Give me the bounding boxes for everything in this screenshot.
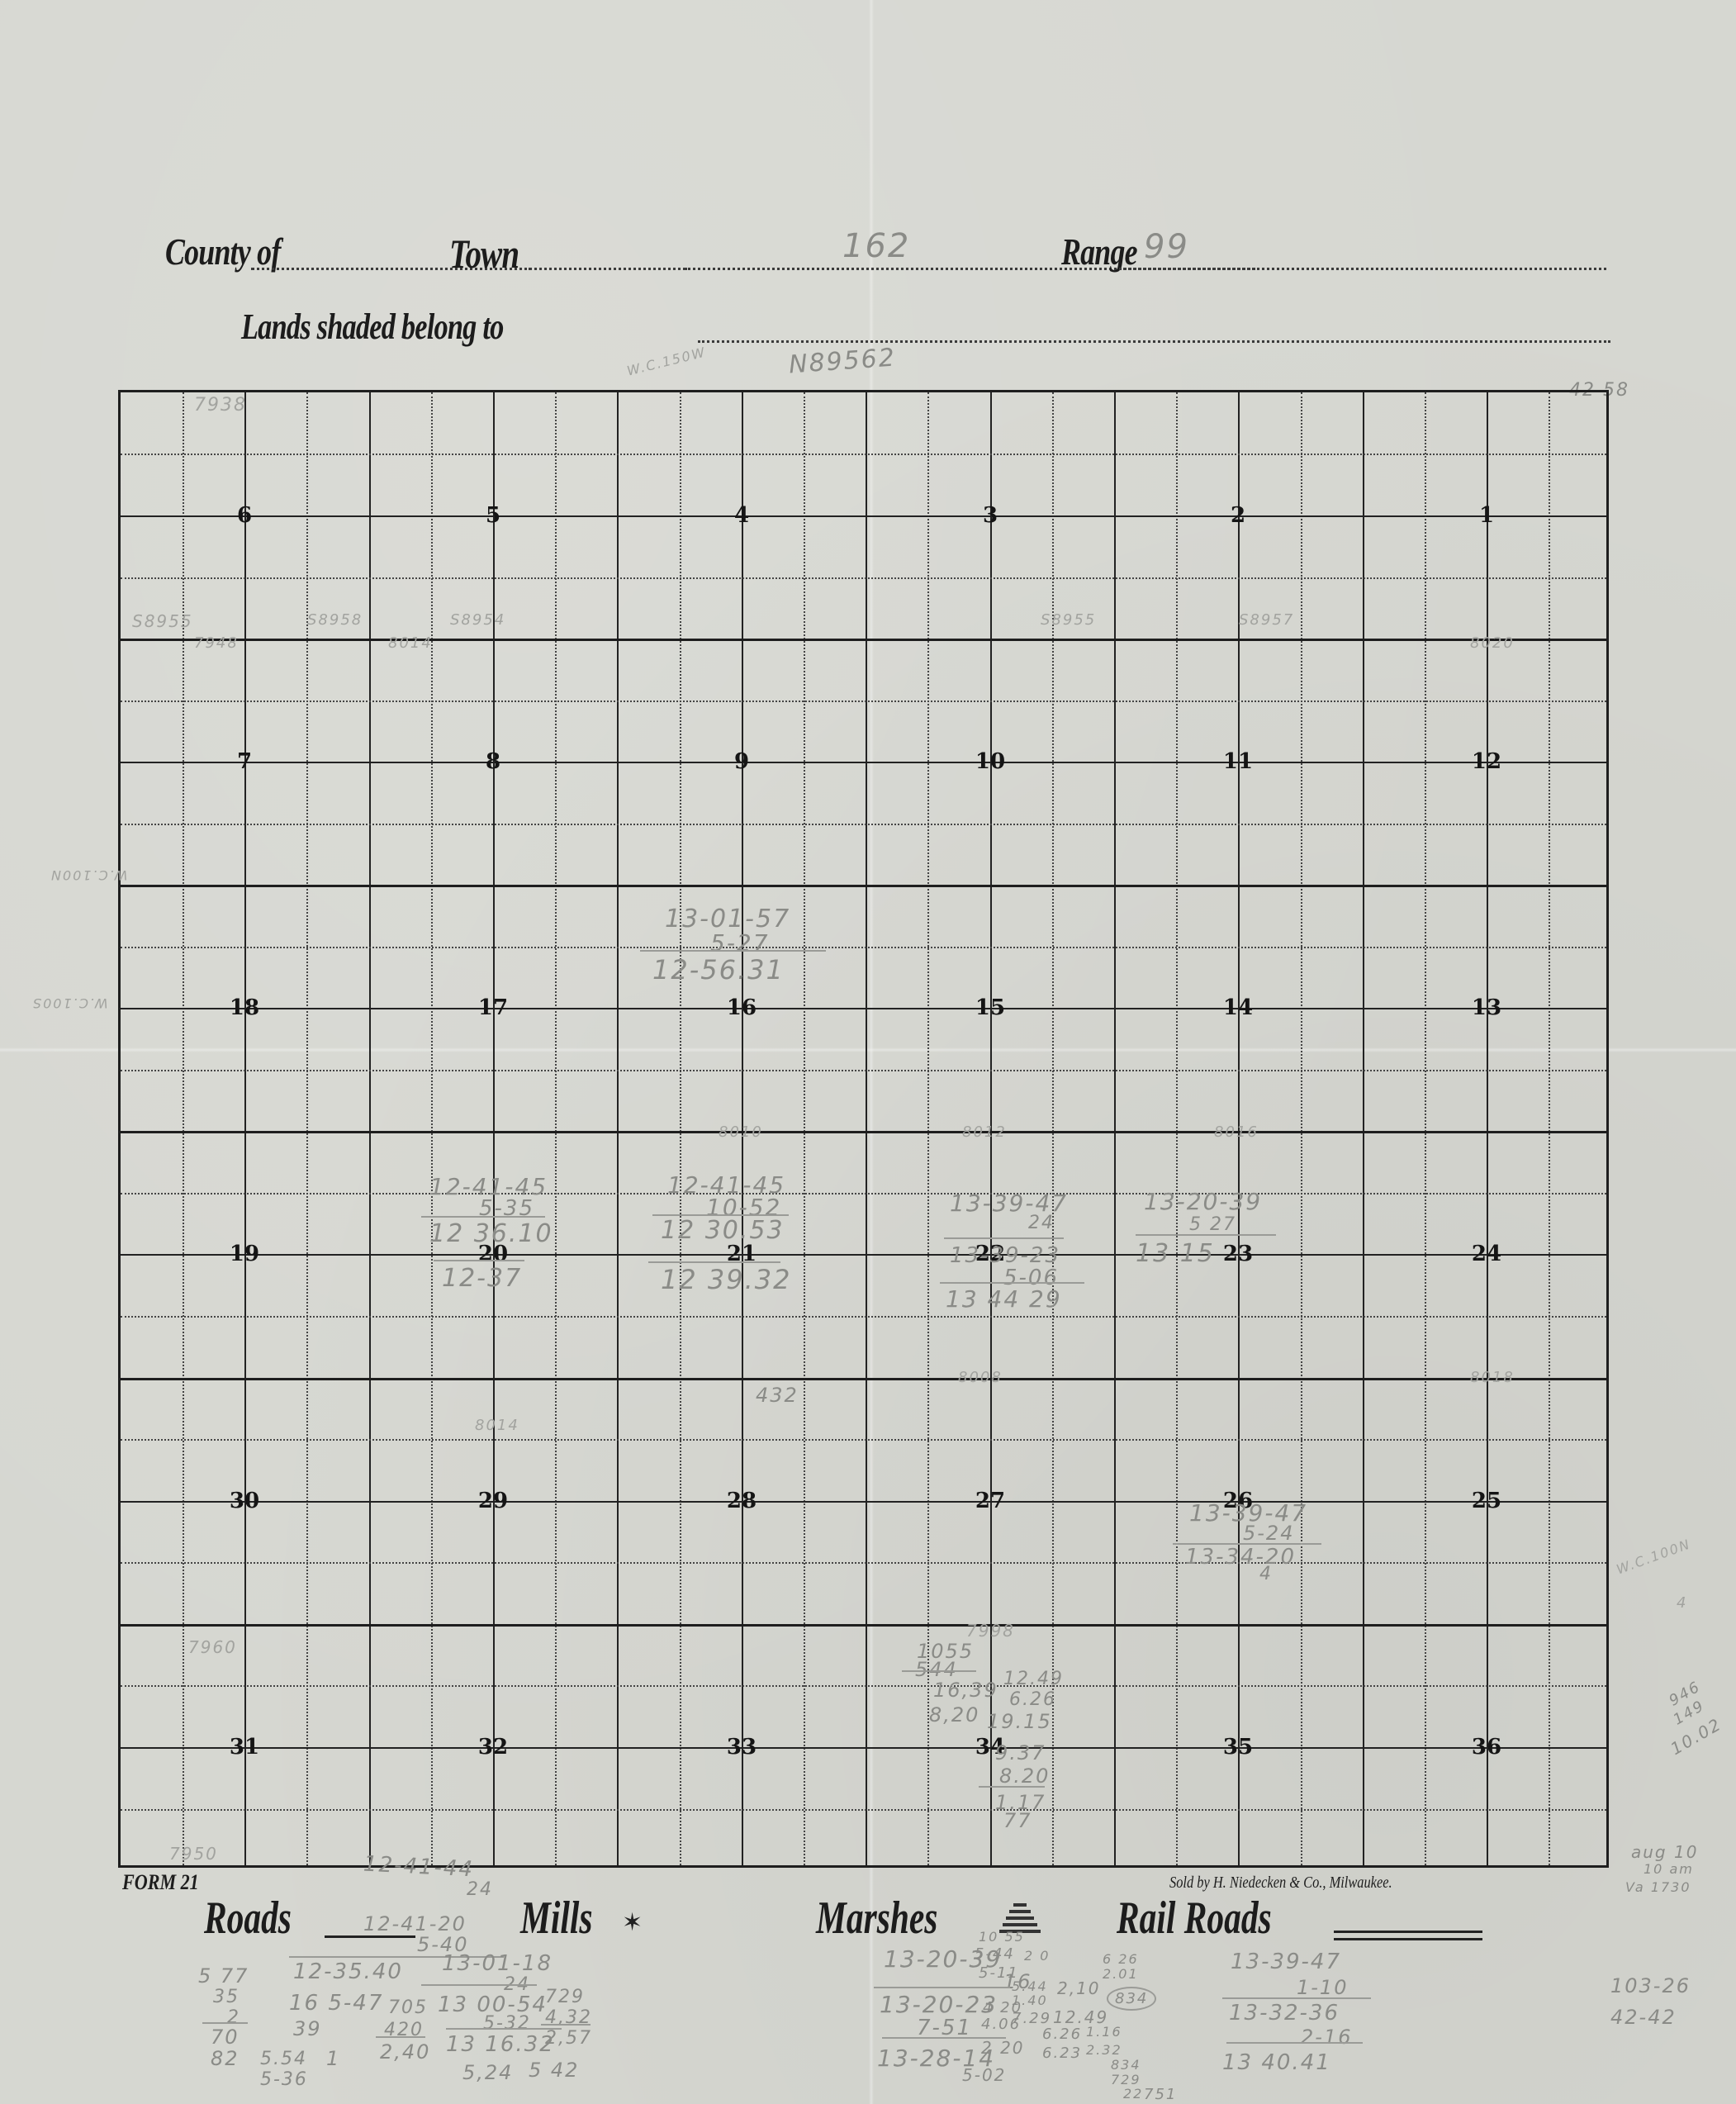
section-5[interactable]: 5 <box>486 503 500 528</box>
footer-calc5-line4: 5-32 <box>483 2013 531 2034</box>
footer-calc5-rule2 <box>446 2028 562 2030</box>
section-13[interactable]: 13 <box>1472 995 1501 1020</box>
sec34-calc-1639: 16,39 <box>933 1679 998 1702</box>
section-6[interactable]: 6 <box>237 503 252 528</box>
sec22-calc-result: 13 44 29 <box>946 1285 1062 1313</box>
footer-calc9-line7: 6.23 <box>1042 2045 1082 2062</box>
sec34-calc-1915: 19.15 <box>987 1710 1052 1733</box>
sec34-note-7998: 7998 <box>966 1621 1015 1641</box>
sec16-calc-rule <box>640 950 826 952</box>
footer-calc1-line6: 16 5-47 <box>289 1991 383 2016</box>
sec34-calc-1249: 12.49 <box>1003 1669 1064 1689</box>
bearing-note: 8020 <box>1470 634 1515 652</box>
bearing-note: S8957 <box>1239 611 1294 629</box>
section-12[interactable]: 12 <box>1472 749 1501 774</box>
sec34-calc-820b: 8.20 <box>999 1764 1050 1788</box>
mid-note-432: 432 <box>756 1384 799 1407</box>
section-3[interactable]: 3 <box>983 503 998 528</box>
section-32[interactable]: 32 <box>478 1735 508 1760</box>
footer-calc12-line1: 103-26 <box>1610 1974 1691 1997</box>
bearing-note: 7950 <box>169 1844 218 1864</box>
section-36[interactable]: 36 <box>1472 1735 1501 1760</box>
footer-calc8-line1: 10 55 <box>979 1929 1025 1945</box>
legend-mills-label: Mills <box>520 1892 593 1945</box>
footer-calc8-line2: 5-44 <box>975 1945 1015 1963</box>
footer-calc7-rule1 <box>874 1987 1010 1988</box>
footer-calc11-line4: 2-16 <box>1301 2026 1352 2049</box>
section-7[interactable]: 7 <box>237 749 252 774</box>
footer-calc4-line1: 705 <box>388 1997 428 2018</box>
sec20-calc-result: 12-37 <box>442 1264 522 1293</box>
bearing-note: 8016 <box>1214 1123 1259 1141</box>
sec22-calc-line3: 13-39-23 <box>950 1243 1060 1268</box>
sec22-calc-rule1 <box>944 1237 1064 1239</box>
sec23-calc-rule <box>1136 1234 1276 1236</box>
footer-calc2-line2: 35 <box>213 1987 240 2007</box>
section-9[interactable]: 9 <box>734 749 749 774</box>
footer-calc12-line2: 42-42 <box>1610 2006 1677 2029</box>
footer-calc6-rule <box>541 2024 591 2026</box>
footer-calc10-line4: 1.16 <box>1086 2024 1122 2040</box>
footer-calc11-line2: 1-10 <box>1297 1976 1348 1999</box>
footer-calc2-line1: 5 77 <box>198 1964 249 1988</box>
footer-calc5-line5: 13 16.32 <box>446 2032 555 2057</box>
sec26-calc-extra: 4 <box>1259 1564 1273 1584</box>
footer-calc10-circled: 834 <box>1107 1987 1156 2011</box>
sec34-calc-77: 77 <box>1003 1809 1032 1832</box>
section-27[interactable]: 27 <box>975 1489 1005 1513</box>
sec22-calc-line2: 24 <box>1028 1213 1055 1233</box>
publisher-credit: Sold by H. Niedecken & Co., Milwaukee. <box>1169 1874 1392 1893</box>
footer-calc6-line3: 2,57 <box>545 2028 592 2049</box>
sec16-calc-result: 12-56.31 <box>652 954 785 986</box>
sec34-calc-626: 6.26 <box>1009 1689 1056 1710</box>
left-margin-wc-s: W.C.100S <box>31 995 108 1011</box>
sec21-calc-rule2 <box>648 1261 780 1263</box>
sec22-calc-rule2 <box>940 1282 1084 1284</box>
bearing-note: 8014 <box>475 1417 519 1434</box>
footer-calc10-line9: 751 <box>1144 2086 1177 2103</box>
footer-calc10-line2: 2.01 <box>1103 1966 1139 1982</box>
sec23-calc-result: 13 15 <box>1136 1239 1215 1268</box>
range-value: 99 <box>1144 228 1189 266</box>
bearing-note: 7948 <box>194 634 239 652</box>
right-margin-va: Va 1730 <box>1625 1879 1691 1895</box>
footer-calc8-line7: 5-02 <box>962 2065 1006 2085</box>
bearing-note: 8018 <box>1470 1369 1515 1386</box>
footer-calc10-line8: 22 <box>1123 2086 1143 2102</box>
footer-calc8-line6: 2 20 <box>981 2038 1025 2058</box>
sec26-calc-line2: 5-24 <box>1243 1522 1294 1545</box>
footer-calc10-line6: 834 <box>1111 2057 1141 2073</box>
footer-calc5-line6: 5,24 <box>462 2061 513 2084</box>
footer-calc9-line4: 7.29 <box>1012 2010 1051 2027</box>
range-field-line[interactable] <box>1119 268 1606 270</box>
footer-calc11-line3: 13-32-36 <box>1229 2001 1340 2026</box>
right-margin-date: aug 10 <box>1631 1842 1698 1862</box>
footer-calc2-rule <box>202 2022 248 2024</box>
section-29[interactable]: 29 <box>478 1489 508 1513</box>
sec21-calc-line3: 12 30.53 <box>661 1216 785 1245</box>
left-margin-wc-n: W.C.100N <box>50 867 127 883</box>
bearing-note: 7938 <box>194 395 247 416</box>
footer-digit-one: 1 <box>326 2047 340 2070</box>
sec34-rule2 <box>979 1786 1045 1788</box>
town-label: Town <box>449 230 519 278</box>
section-10[interactable]: 10 <box>975 749 1005 774</box>
section-1[interactable]: 1 <box>1479 503 1494 528</box>
section-8[interactable]: 8 <box>486 749 500 774</box>
footer-calc2-line5: 82 <box>211 2047 240 2070</box>
section-35[interactable]: 35 <box>1223 1735 1253 1760</box>
section-16[interactable]: 16 <box>727 995 757 1020</box>
bearing-note: S8955 <box>132 611 193 631</box>
bearing-note: 8012 <box>962 1123 1007 1141</box>
sec20-calc-line3: 12 36.10 <box>429 1219 553 1248</box>
footer-calc10-line5: 2.32 <box>1086 2042 1122 2058</box>
sec23-calc-line1: 13-20-39 <box>1144 1188 1262 1215</box>
footer-calc11-line1: 13-39-47 <box>1231 1950 1341 1974</box>
footer-calc5-line1: 13-01-18 <box>442 1951 553 1976</box>
section-18[interactable]: 18 <box>230 995 259 1020</box>
sec16-calc-line2: 5-27 <box>710 929 770 957</box>
sec20-calc-rule1 <box>421 1216 545 1218</box>
bearing-note: S8958 <box>307 611 363 629</box>
footer-calc1-line2: 24 <box>467 1879 493 1900</box>
section-14[interactable]: 14 <box>1223 995 1253 1020</box>
footer-calc5-rule1 <box>421 1984 537 1986</box>
town-value: 162 <box>842 227 910 265</box>
right-margin-time: 10 am <box>1644 1861 1694 1877</box>
footer-calc4-rule <box>376 2036 425 2038</box>
footer-calc3-line1: 5.54 <box>260 2049 307 2069</box>
footer-calc10-line1: 6 26 <box>1103 1951 1139 1967</box>
section-4[interactable]: 4 <box>734 503 749 528</box>
footer-calc1-line3: 12-41-20 <box>363 1912 467 1935</box>
section-25[interactable]: 25 <box>1472 1489 1501 1513</box>
sec34-rule1 <box>902 1670 976 1672</box>
section-15[interactable]: 15 <box>975 995 1005 1020</box>
bearing-note: 7960 <box>188 1637 237 1657</box>
lands-shaded-field-line[interactable] <box>698 340 1610 343</box>
bearing-note: S8955 <box>1041 611 1096 629</box>
sec34-calc-544: 544 <box>915 1658 958 1681</box>
footer-calc1-line5: 12-35.40 <box>293 1959 403 1984</box>
section-24[interactable]: 24 <box>1472 1242 1501 1266</box>
legend-marshes-label: Marshes <box>816 1892 937 1945</box>
footer-calc2-line4: 70 <box>211 2026 240 2049</box>
footer-calc9-line6: 6.26 <box>1042 2026 1082 2043</box>
bearing-note: 8014 <box>388 634 433 652</box>
sec34-calc-820a: 8,20 <box>929 1703 979 1726</box>
section-23[interactable]: 23 <box>1223 1242 1253 1266</box>
lands-shaded-label: Lands shaded belong to <box>241 306 503 348</box>
footer-calc4-line3: 2,40 <box>380 2040 430 2064</box>
sec20-calc-rule2 <box>434 1260 524 1261</box>
legend-railroads-label: Rail Roads <box>1117 1892 1272 1945</box>
legend-roads-symbol <box>325 1935 415 1938</box>
section-31[interactable]: 31 <box>230 1735 259 1760</box>
form-number-label: FORM 21 <box>122 1870 199 1895</box>
bearing-note: 8010 <box>719 1123 763 1141</box>
right-margin-4: 4 <box>1677 1594 1687 1612</box>
legend-railroad-symbol <box>1334 1931 1482 1940</box>
footer-calc11-rule1 <box>1222 1997 1371 1999</box>
sec34-calc-937: 9.37 <box>995 1741 1046 1764</box>
footer-calc7-line3: 13-20-23 <box>880 1991 998 2018</box>
footer-calc3-line2: 5-36 <box>260 2069 308 2090</box>
section-28[interactable]: 28 <box>727 1489 757 1513</box>
footer-calc9-line8: 2,10 <box>1057 1978 1101 1998</box>
sec21-calc-result: 12 39.32 <box>661 1264 792 1295</box>
sec23-calc-line2: 5 27 <box>1189 1214 1236 1235</box>
footer-calc1-line7: 39 <box>293 2017 322 2040</box>
legend-roads-label: Roads <box>204 1892 292 1945</box>
section-19[interactable]: 19 <box>230 1242 259 1266</box>
sec26-calc-result: 13-34-20 <box>1185 1545 1296 1570</box>
footer-calc6-line1: 729 <box>545 1987 585 2007</box>
footer-calc9-line3: 1.40 <box>1012 1992 1048 2008</box>
footer-calc9-line1: 2 0 <box>1024 1948 1050 1964</box>
section-33[interactable]: 33 <box>727 1735 757 1760</box>
section-17[interactable]: 17 <box>478 995 508 1020</box>
footer-calc11-line5: 13 40.41 <box>1222 2050 1331 2075</box>
section-11[interactable]: 11 <box>1223 749 1253 774</box>
footer-calc6-line4: 5 42 <box>529 2059 579 2082</box>
footer-calc11-rule2 <box>1226 2042 1363 2044</box>
section-30[interactable]: 30 <box>230 1489 259 1513</box>
bearing-note: 8008 <box>958 1369 1003 1386</box>
section-2[interactable]: 2 <box>1231 503 1245 528</box>
bearing-note: S8954 <box>450 611 505 629</box>
mill-star-icon: ✶ <box>622 1908 643 1937</box>
